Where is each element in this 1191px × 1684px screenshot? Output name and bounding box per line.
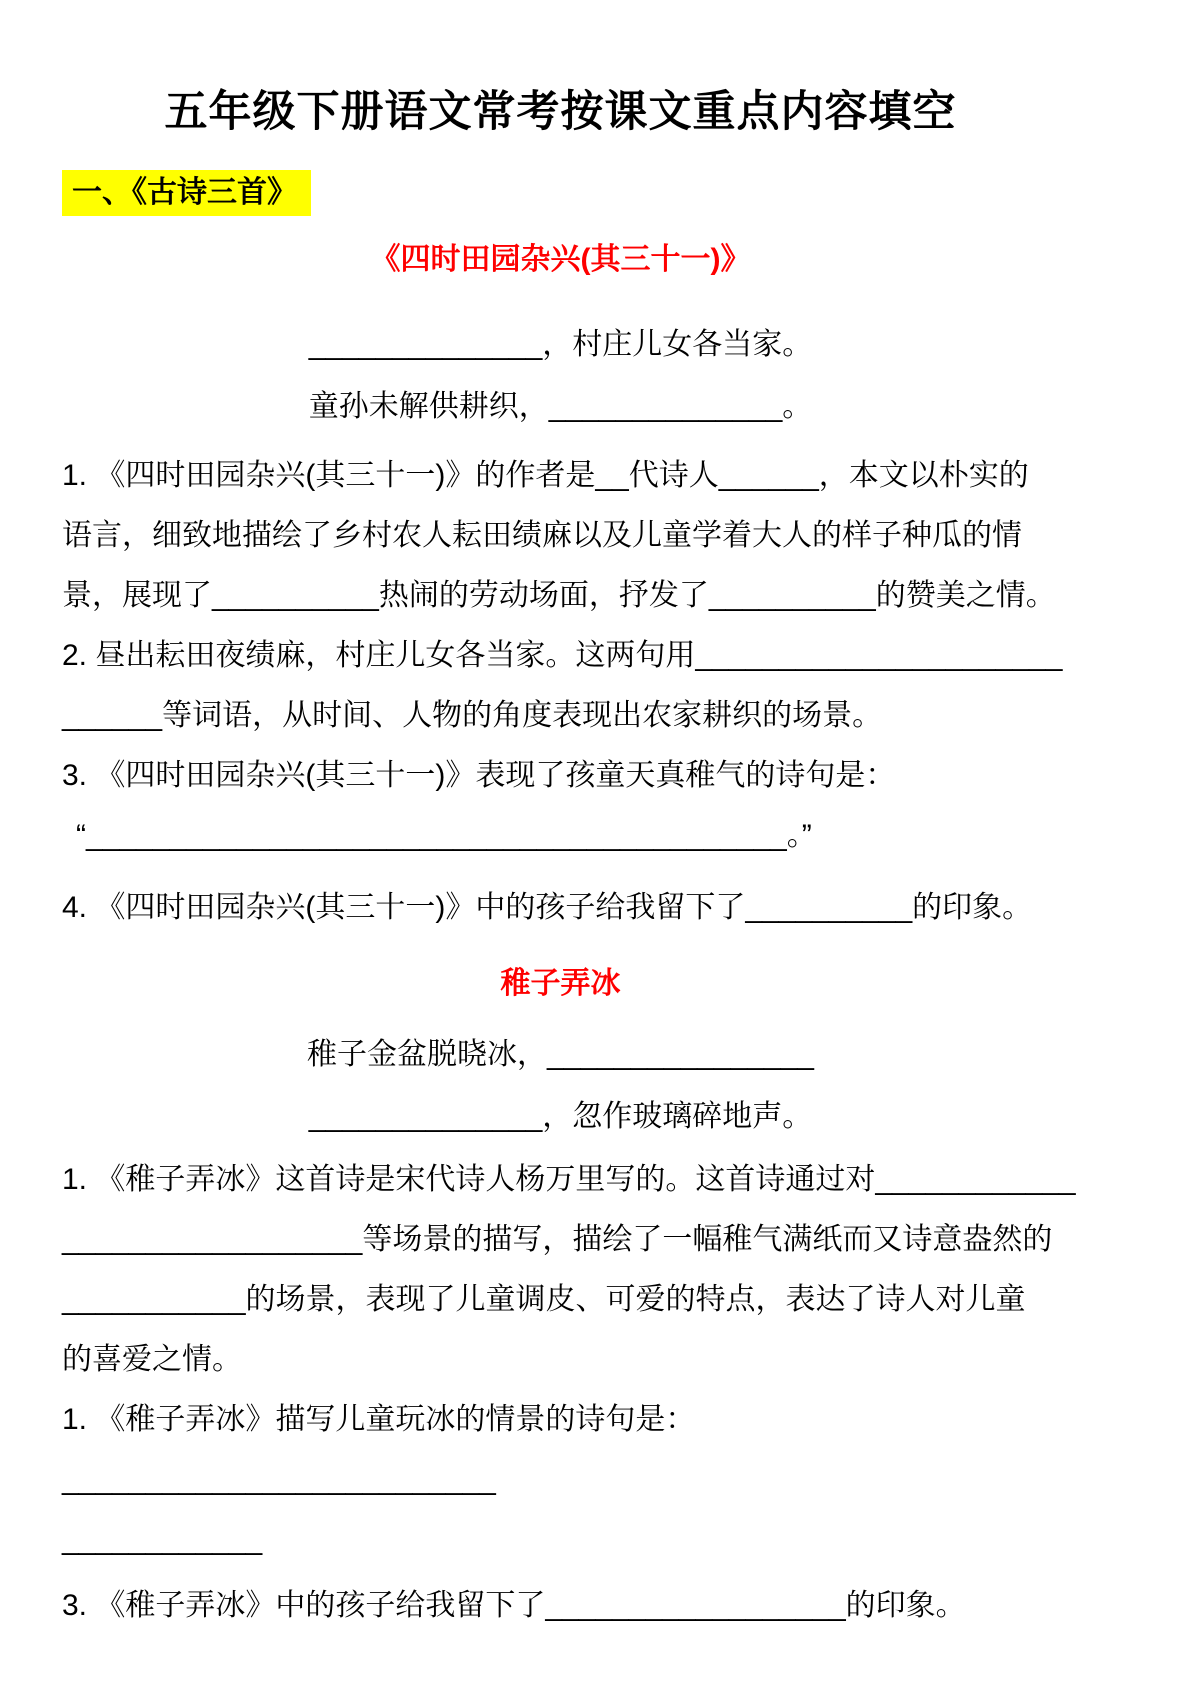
section-header-row: 一、《古诗三首》 [62,170,1129,216]
question-line: 语言，细致地描绘了乡村农人耘田绩麻以及儿童学着大人的样子种瓜的情 [62,506,1129,566]
page-title: 五年级下册语文常考按课文重点内容填空 [62,86,1059,138]
verse-line: ______________，村庄儿女各当家。 [62,314,1059,376]
verse-line: 稚子金盆脱晓冰，________________ [62,1024,1059,1086]
question-line: 1. 《稚子弄冰》这首诗是宋代诗人杨万里写的。这首诗通过对___________… [62,1150,1129,1210]
question-line: ___________的场景，表现了儿童调皮、可爱的特点，表达了诗人对儿童 [62,1270,1129,1330]
question-line: 景，展现了__________热闹的劳动场面，抒发了__________的赞美之… [62,566,1129,626]
question-line: 1. 《四时田园杂兴(其三十一)》的作者是__代诗人______，本文以朴实的 [62,446,1129,506]
poem2-verse: 稚子金盆脱晓冰，________________ ______________，… [62,1024,1059,1148]
poem1-q2: 2. 昼出耘田夜绩麻，村庄儿女各当家。这两句用_________________… [62,626,1129,746]
question-line: ______等词语，从时间、人物的角度表现出农家耕织的场景。 [62,686,1129,746]
question-answer-blank: ____________ [62,1510,1129,1570]
section-header: 一、《古诗三首》 [62,170,311,216]
verse-line: 童孙未解供耕织，______________。 [62,376,1059,438]
poem1-q4: 4. 《四时田园杂兴(其三十一)》中的孩子给我留下了__________的印象。 [62,878,1129,938]
question-answer-blank: “_______________________________________… [62,806,1129,866]
poem1-questions: 1. 《四时田园杂兴(其三十一)》的作者是__代诗人______，本文以朴实的 … [62,446,1129,938]
question-line: 3. 《四时田园杂兴(其三十一)》表现了孩童天真稚气的诗句是： [62,746,1129,806]
question-line: 2. 昼出耘田夜绩麻，村庄儿女各当家。这两句用_________________… [62,626,1129,686]
verse-line: ______________，忽作玻璃碎地声。 [62,1086,1059,1148]
worksheet-page: 五年级下册语文常考按课文重点内容填空 一、《古诗三首》 《四时田园杂兴(其三十一… [0,0,1191,1636]
poem2-title: 稚子弄冰 [62,966,1059,1002]
question-line: 3. 《稚子弄冰》中的孩子给我留下了__________________的印象。 [62,1576,1129,1636]
poem2-q3: 3. 《稚子弄冰》中的孩子给我留下了__________________的印象。 [62,1576,1129,1636]
question-line: 4. 《四时田园杂兴(其三十一)》中的孩子给我留下了__________的印象。 [62,878,1129,938]
poem2-q2: 1. 《稚子弄冰》描写儿童玩冰的情景的诗句是：_________________… [62,1390,1129,1570]
question-line: 的喜爱之情。 [62,1330,1129,1390]
poem1-title: 《四时田园杂兴(其三十一)》 [62,242,1059,278]
poem1-q3: 3. 《四时田园杂兴(其三十一)》表现了孩童天真稚气的诗句是： “_______… [62,746,1129,866]
question-line: 1. 《稚子弄冰》描写儿童玩冰的情景的诗句是：_________________… [62,1390,1129,1510]
poem1-verse: ______________，村庄儿女各当家。 童孙未解供耕织，________… [62,314,1059,438]
poem2-q1: 1. 《稚子弄冰》这首诗是宋代诗人杨万里写的。这首诗通过对___________… [62,1150,1129,1390]
poem1-q1: 1. 《四时田园杂兴(其三十一)》的作者是__代诗人______，本文以朴实的 … [62,446,1129,626]
poem2-questions: 1. 《稚子弄冰》这首诗是宋代诗人杨万里写的。这首诗通过对___________… [62,1150,1129,1636]
question-line: __________________等场景的描写，描绘了一幅稚气满纸而又诗意盎然… [62,1210,1129,1270]
